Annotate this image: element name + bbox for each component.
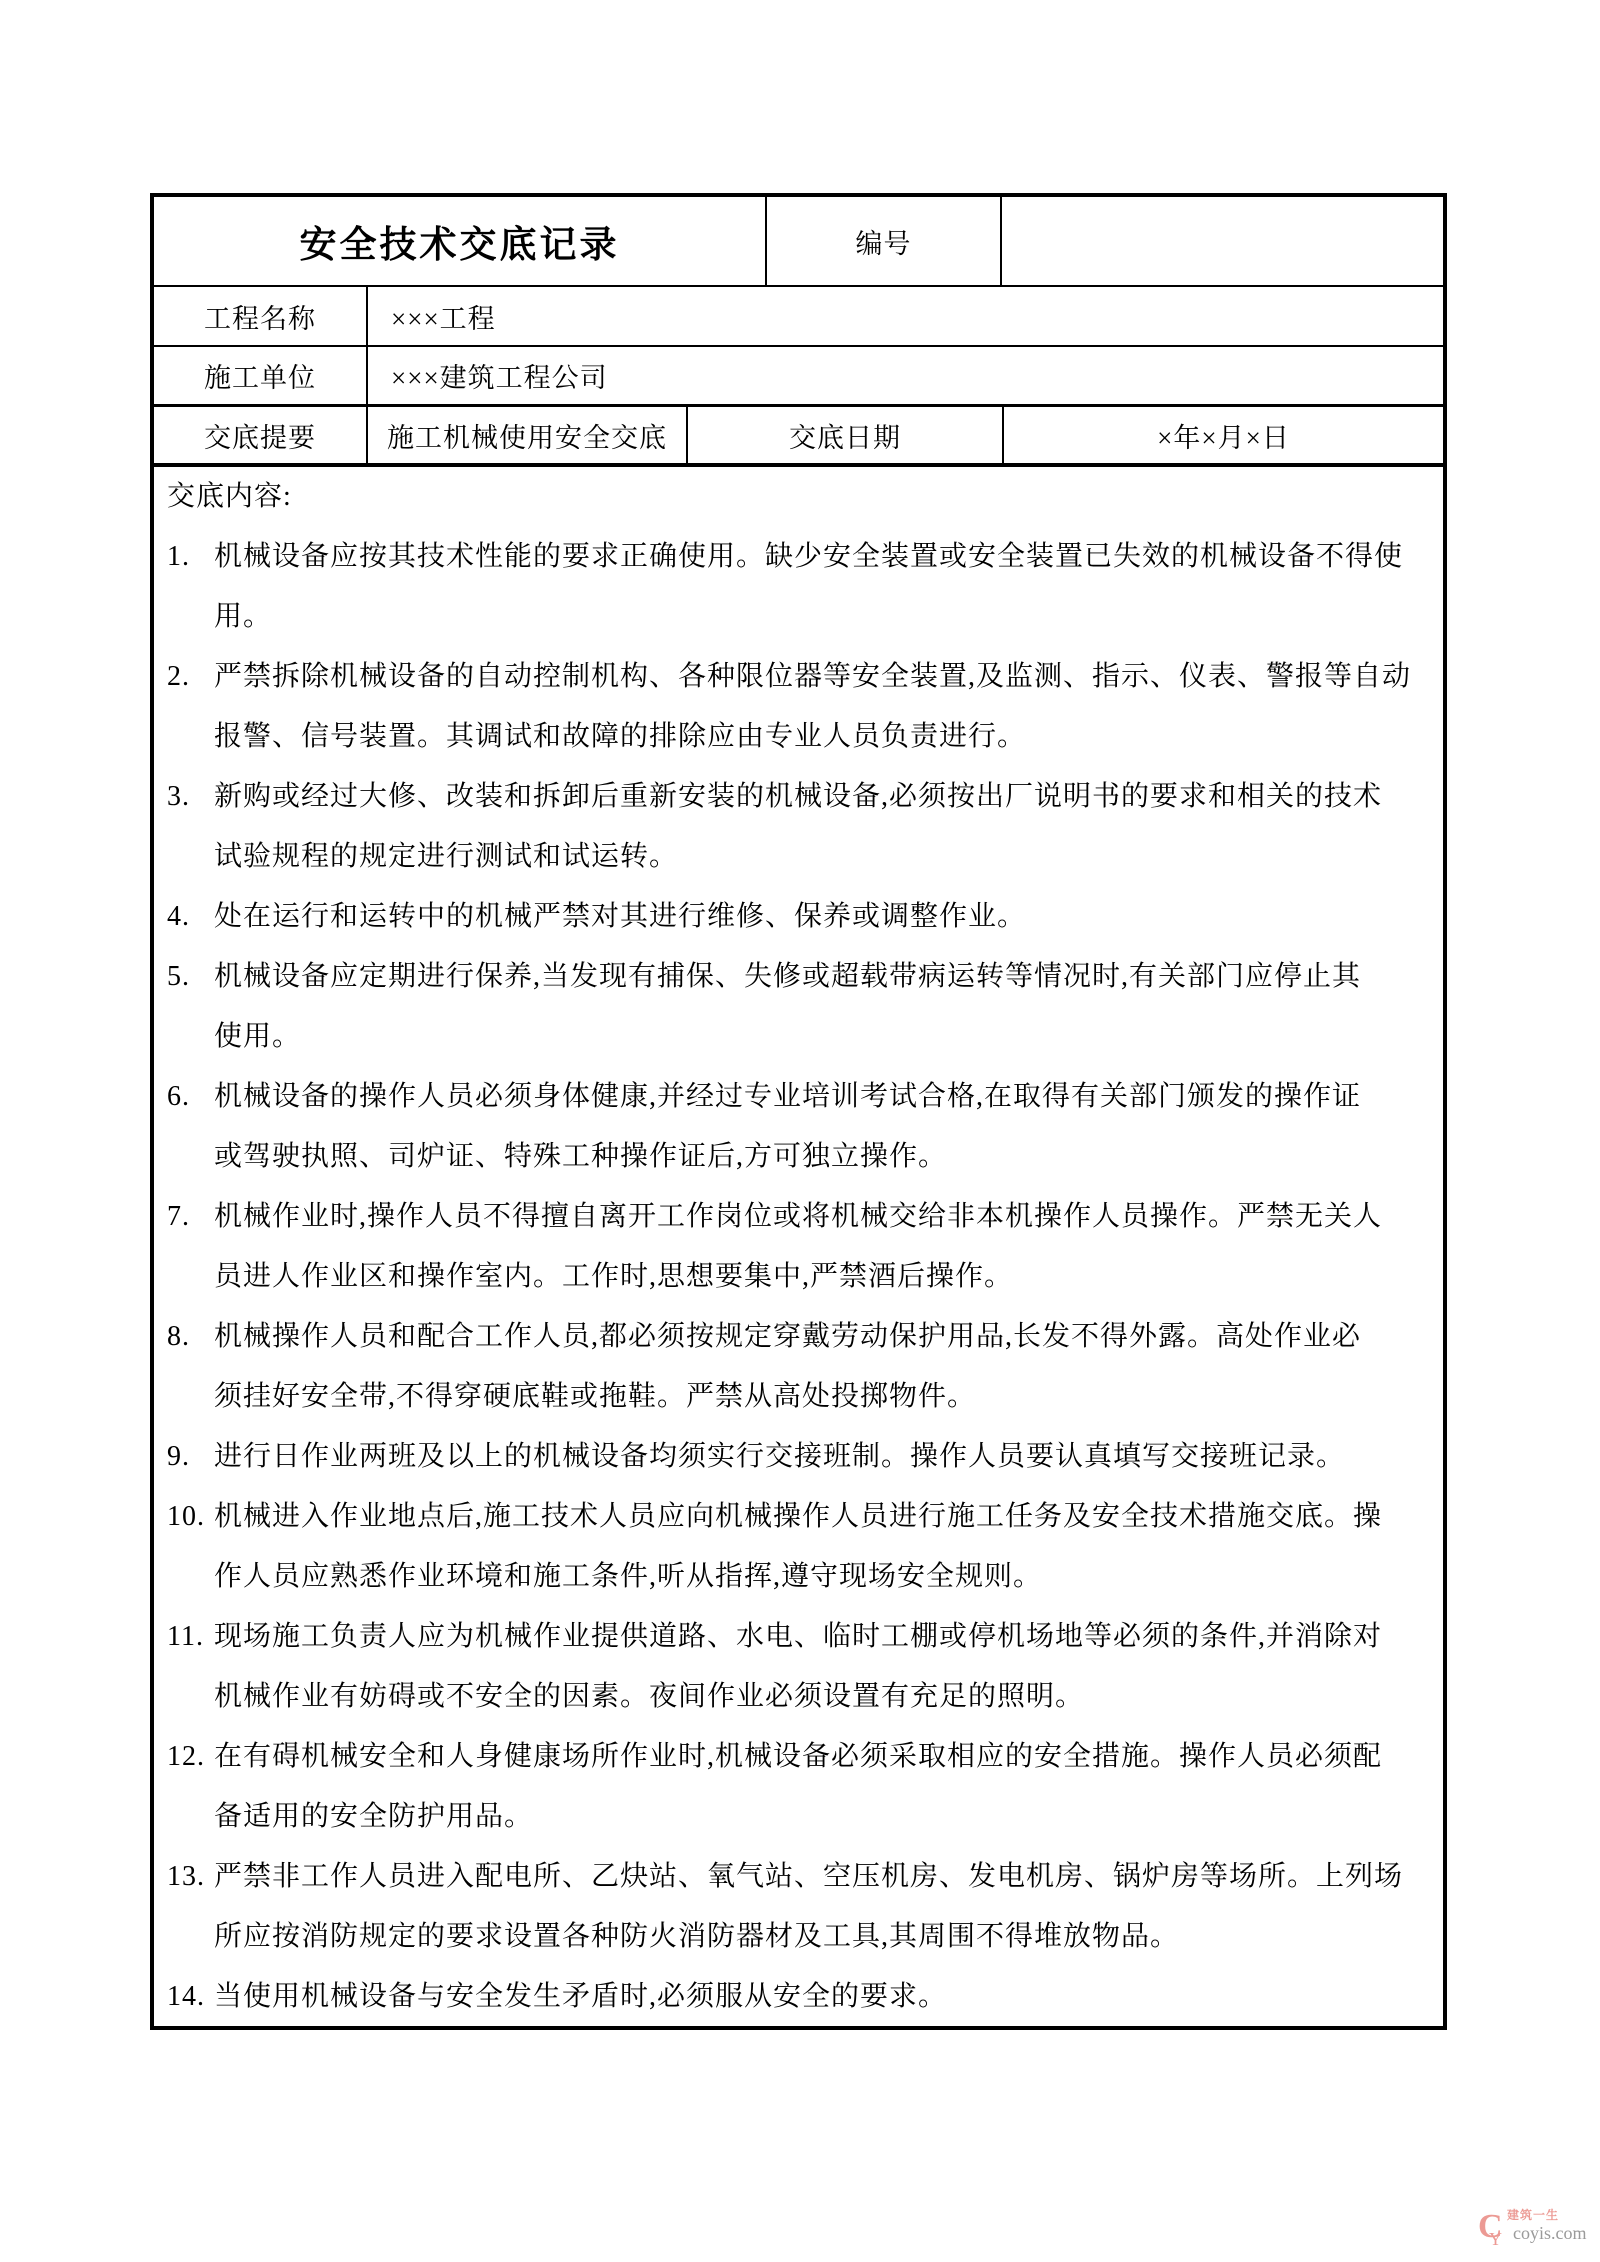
item-number: 6.	[167, 1067, 214, 1187]
item-number: 4.	[167, 887, 214, 947]
document-title: 安全技术交底记录	[300, 214, 620, 268]
item-number: 14.	[167, 1967, 214, 2027]
disclosure-content: 交底内容: 1. 机械设备应按其技术性能的要求正确使用。缺少安全装置或安全装置已…	[154, 463, 1443, 2027]
date-label-cell: 交底日期	[686, 407, 1002, 463]
item-number: 8.	[167, 1307, 214, 1427]
item-text: 机械设备的操作人员必须身体健康,并经过专业培训考试合格,在取得有关部门颁发的操作…	[214, 1067, 1435, 1187]
number-label-cell: 编号	[765, 197, 1000, 285]
contractor-value-cell: ×××建筑工程公司	[366, 347, 1443, 404]
document-page: 安全技术交底记录 编号 工程名称 ×××工程 施工单位 ×××建筑工程公司	[0, 0, 1600, 2262]
list-item: 11. 现场施工负责人应为机械作业提供道路、水电、临时工棚或停机场地等必须的条件…	[167, 1607, 1435, 1727]
item-text: 机械作业时,操作人员不得擅自离开工作岗位或将机械交给非本机操作人员操作。严禁无关…	[214, 1187, 1435, 1307]
disclosure-summary-label: 交底提要	[204, 416, 316, 455]
number-value-cell	[1000, 197, 1443, 285]
list-item: 1. 机械设备应按其技术性能的要求正确使用。缺少安全装置或安全装置已失效的机械设…	[167, 527, 1435, 647]
contractor-row: 施工单位 ×××建筑工程公司	[154, 345, 1443, 404]
item-number: 10.	[167, 1487, 214, 1607]
summary-value-cell: 施工机械使用安全交底	[366, 407, 686, 463]
safety-disclosure-table: 安全技术交底记录 编号 工程名称 ×××工程 施工单位 ×××建筑工程公司	[150, 193, 1447, 2030]
disclosure-summary-value: 施工机械使用安全交底	[387, 416, 667, 455]
item-text: 当使用机械设备与安全发生矛盾时,必须服从安全的要求。	[214, 1967, 1435, 2027]
project-name-value: ×××工程	[391, 297, 496, 336]
number-label: 编号	[856, 222, 912, 261]
item-number: 1.	[167, 527, 214, 647]
list-item: 7. 机械作业时,操作人员不得擅自离开工作岗位或将机械交给非本机操作人员操作。严…	[167, 1187, 1435, 1307]
list-item: 14. 当使用机械设备与安全发生矛盾时,必须服从安全的要求。	[167, 1967, 1435, 2027]
item-text: 现场施工负责人应为机械作业提供道路、水电、临时工棚或停机场地等必须的条件,并消除…	[214, 1607, 1435, 1727]
site-watermark: C Y 建筑一生 coyis.com	[1478, 2208, 1590, 2254]
item-number: 12.	[167, 1727, 214, 1847]
title-row: 安全技术交底记录 编号	[154, 197, 1443, 285]
item-number: 3.	[167, 767, 214, 887]
list-item: 13. 严禁非工作人员进入配电所、乙炔站、氧气站、空压机房、发电机房、锅炉房等场…	[167, 1847, 1435, 1967]
item-number: 7.	[167, 1187, 214, 1307]
project-row: 工程名称 ×××工程	[154, 285, 1443, 345]
project-label-cell: 工程名称	[154, 287, 366, 345]
item-text: 机械设备应按其技术性能的要求正确使用。缺少安全装置或安全装置已失效的机械设备不得…	[214, 527, 1435, 647]
item-text: 新购或经过大修、改装和拆卸后重新安装的机械设备,必须按出厂说明书的要求和相关的技…	[214, 767, 1435, 887]
item-text: 严禁拆除机械设备的自动控制机构、各种限位器等安全装置,及监测、指示、仪表、警报等…	[214, 647, 1435, 767]
item-text: 在有碍机械安全和人身健康场所作业时,机械设备必须采取相应的安全措施。操作人员必须…	[214, 1727, 1435, 1847]
item-text: 严禁非工作人员进入配电所、乙炔站、氧气站、空压机房、发电机房、锅炉房等场所。上列…	[214, 1847, 1435, 1967]
list-item: 8. 机械操作人员和配合工作人员,都必须按规定穿戴劳动保护用品,长发不得外露。高…	[167, 1307, 1435, 1427]
watermark-site-url: coyis.com	[1513, 2224, 1587, 2242]
disclosure-date-value: ×年×月×日	[1157, 416, 1290, 455]
list-item: 12. 在有碍机械安全和人身健康场所作业时,机械设备必须采取相应的安全措施。操作…	[167, 1727, 1435, 1847]
list-item: 5. 机械设备应定期进行保养,当发现有捕保、失修或超载带病运转等情况时,有关部门…	[167, 947, 1435, 1067]
summary-label-cell: 交底提要	[154, 407, 366, 463]
date-value-cell: ×年×月×日	[1002, 407, 1443, 463]
item-number: 9.	[167, 1427, 214, 1487]
item-text: 进行日作业两班及以上的机械设备均须实行交接班制。操作人员要认真填写交接班记录。	[214, 1427, 1435, 1487]
list-item: 9. 进行日作业两班及以上的机械设备均须实行交接班制。操作人员要认真填写交接班记…	[167, 1427, 1435, 1487]
title-cell: 安全技术交底记录	[154, 197, 765, 285]
item-text: 机械操作人员和配合工作人员,都必须按规定穿戴劳动保护用品,长发不得外露。高处作业…	[214, 1307, 1435, 1427]
list-item: 2. 严禁拆除机械设备的自动控制机构、各种限位器等安全装置,及监测、指示、仪表、…	[167, 647, 1435, 767]
construction-unit-value: ×××建筑工程公司	[391, 356, 608, 395]
list-item: 10. 机械进入作业地点后,施工技术人员应向机械操作人员进行施工任务及安全技术措…	[167, 1487, 1435, 1607]
project-value-cell: ×××工程	[366, 287, 1443, 345]
content-heading: 交底内容:	[167, 467, 1435, 527]
disclosure-date-label: 交底日期	[789, 416, 901, 455]
item-text: 机械进入作业地点后,施工技术人员应向机械操作人员进行施工任务及安全技术措施交底。…	[214, 1487, 1435, 1607]
contractor-label-cell: 施工单位	[154, 347, 366, 404]
item-number: 2.	[167, 647, 214, 767]
item-number: 13.	[167, 1847, 214, 1967]
item-number: 11.	[167, 1607, 214, 1727]
item-text: 处在运行和运转中的机械严禁对其进行维修、保养或调整作业。	[214, 887, 1435, 947]
list-item: 6. 机械设备的操作人员必须身体健康,并经过专业培训考试合格,在取得有关部门颁发…	[167, 1067, 1435, 1187]
item-number: 5.	[167, 947, 214, 1067]
list-item: 3. 新购或经过大修、改装和拆卸后重新安装的机械设备,必须按出厂说明书的要求和相…	[167, 767, 1435, 887]
list-item: 4. 处在运行和运转中的机械严禁对其进行维修、保养或调整作业。	[167, 887, 1435, 947]
watermark-logo-y-icon: Y	[1489, 2230, 1502, 2248]
item-text: 机械设备应定期进行保养,当发现有捕保、失修或超载带病运转等情况时,有关部门应停止…	[214, 947, 1435, 1067]
watermark-brand-text: 建筑一生	[1507, 2209, 1559, 2221]
project-name-label: 工程名称	[204, 297, 316, 336]
summary-row: 交底提要 施工机械使用安全交底 交底日期 ×年×月×日	[154, 404, 1443, 463]
construction-unit-label: 施工单位	[204, 356, 316, 395]
